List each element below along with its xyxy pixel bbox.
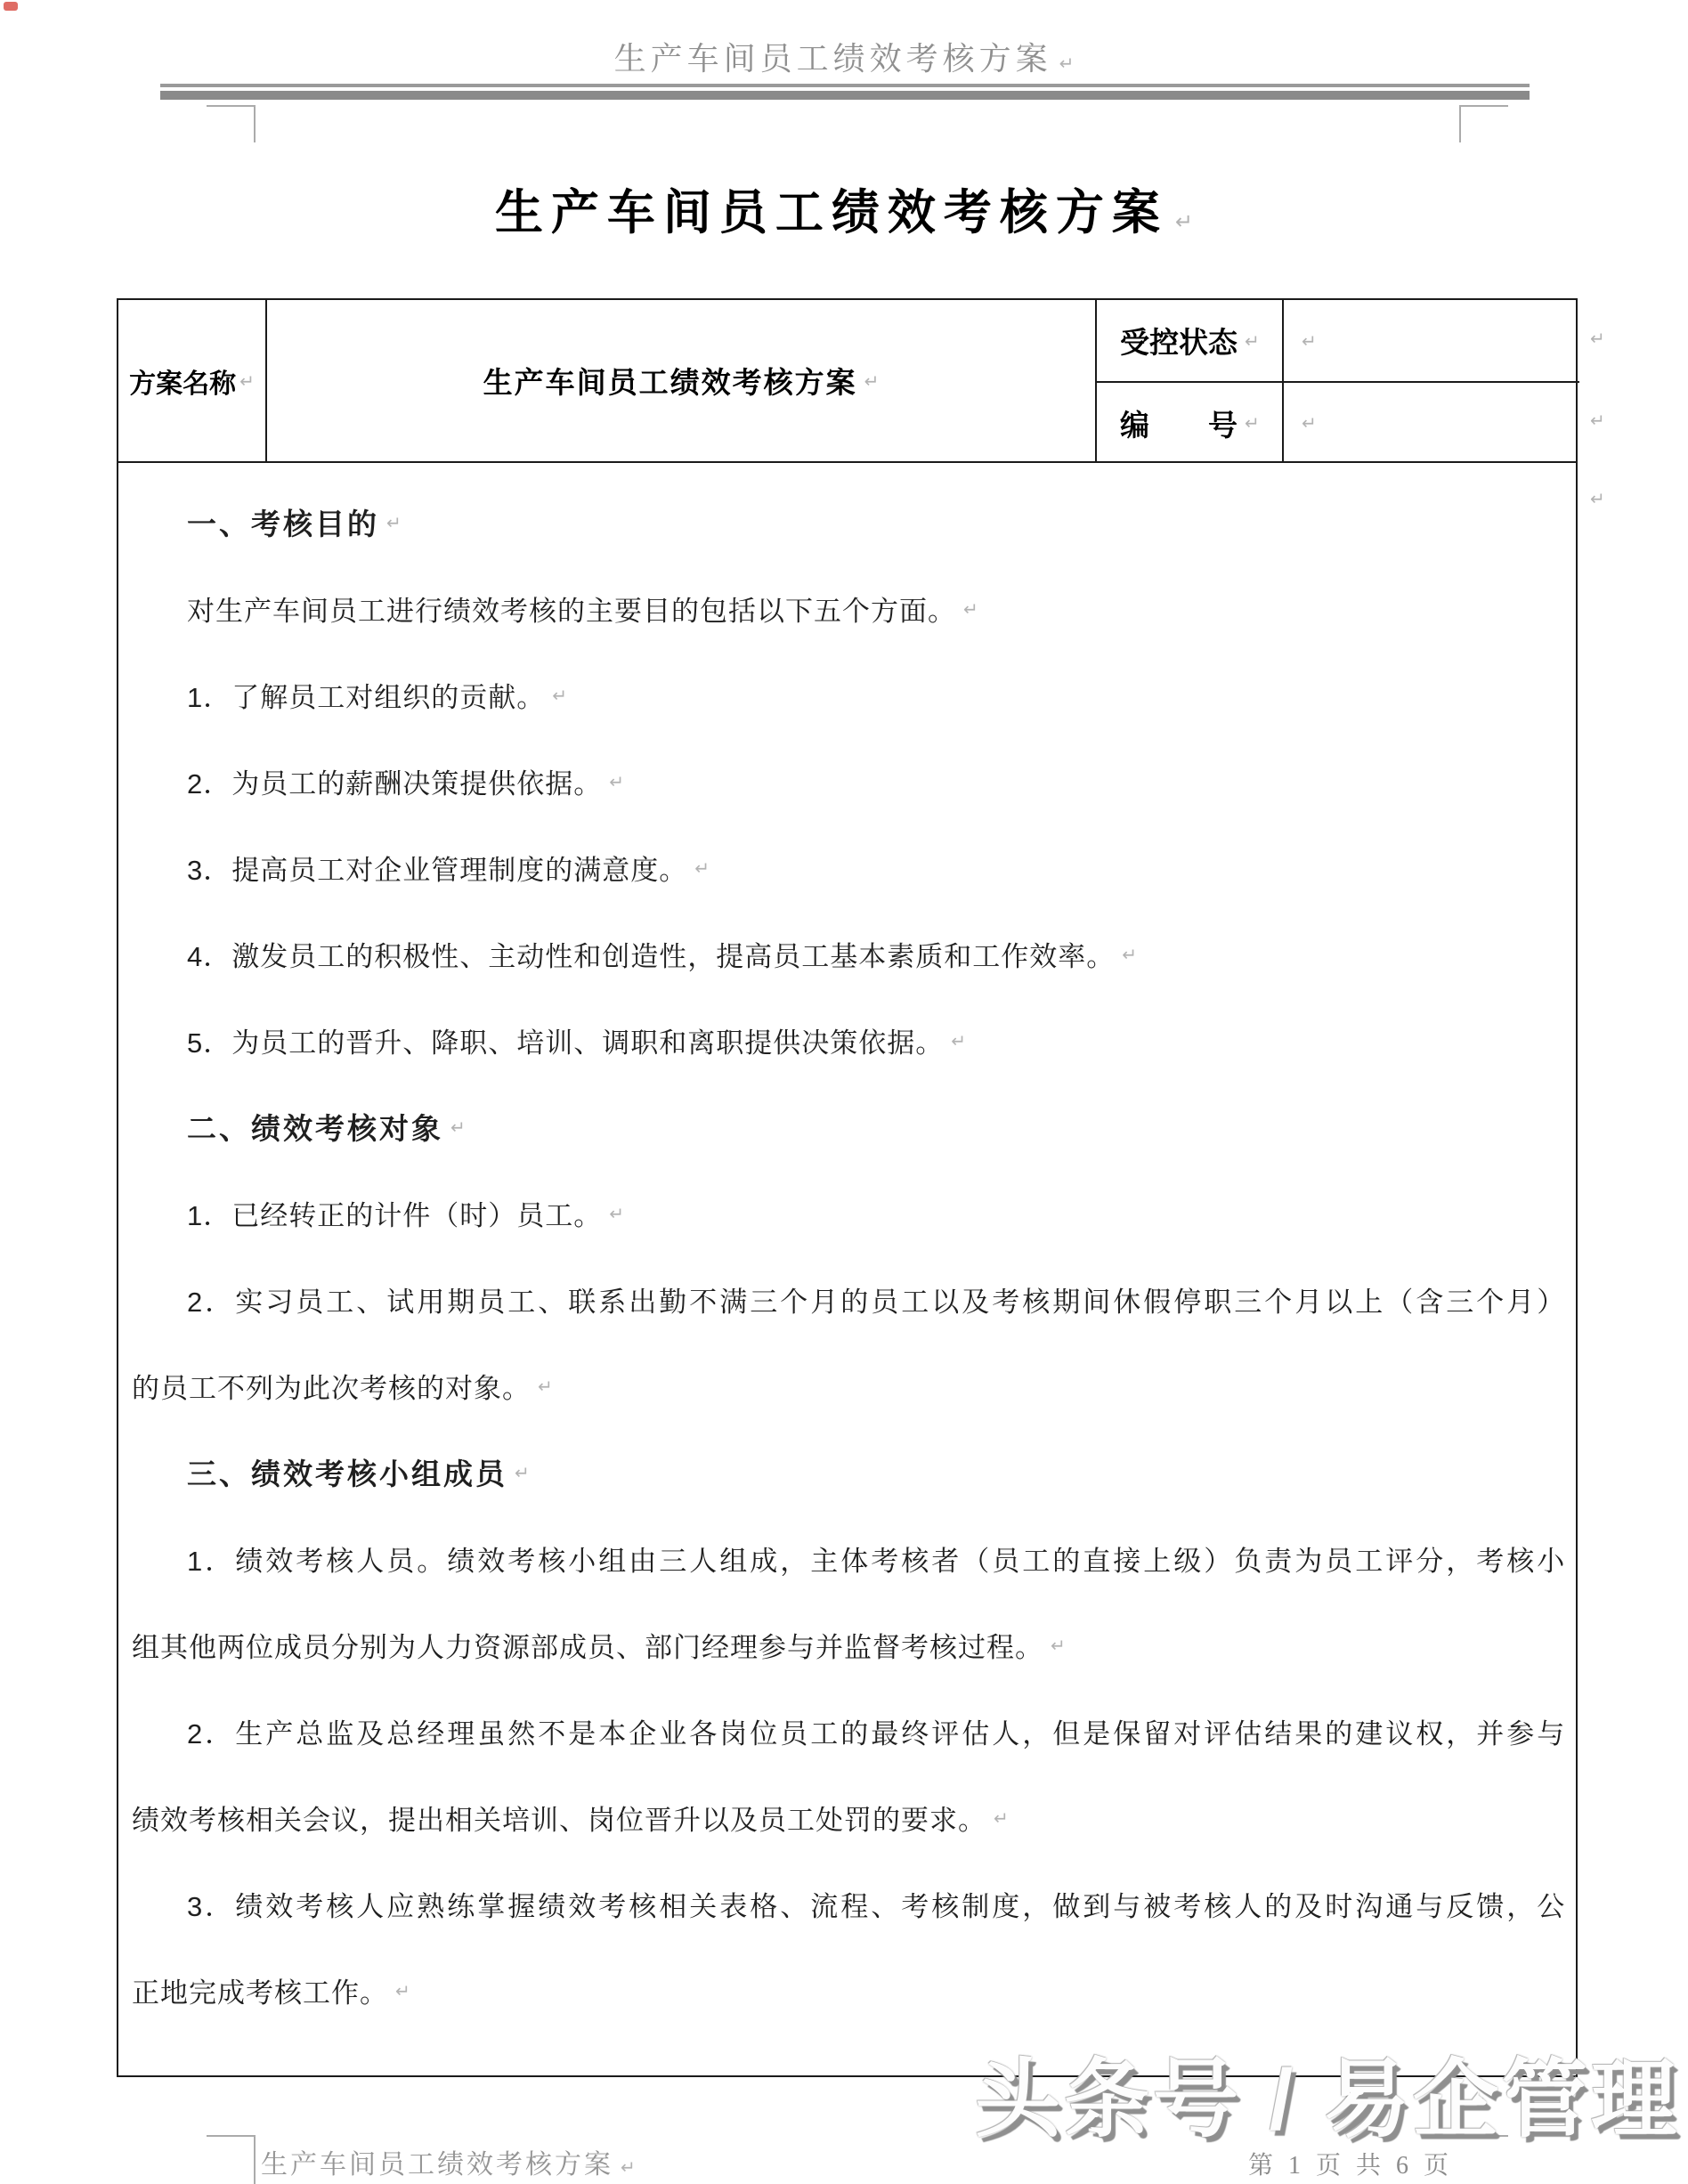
pilcrow-mark: ↵: [1245, 412, 1260, 434]
body-line: 组其他两位成员分别为人力资源部成员、部门经理参与并监督考核过程。↵: [118, 1602, 1576, 1688]
body-line: 2．生产总监及总经理虽然不是本企业各岗位员工的最终评估人，但是保留对评估结果的建…: [118, 1688, 1576, 1774]
section-heading: 三、绩效考核小组成员: [187, 1451, 507, 1493]
body-line: 正地完成考核工作。↵: [118, 1947, 1576, 2034]
crop-mark-bottom-left-h: [207, 2135, 256, 2137]
controlled-status-label: 受控状态: [1120, 320, 1238, 361]
body-line: 的员工不列为此次考核的对象。↵: [118, 1343, 1576, 1429]
pilcrow-mark: ↵: [1590, 410, 1605, 431]
header-rule-thin: [160, 84, 1530, 87]
plan-name-value: 生产车间员工绩效考核方案: [483, 360, 857, 402]
number-value-cell: ↵: [1284, 383, 1578, 463]
body-text: 2．实习员工、试用期员工、联系出勤不满三个月的员工以及考核期间休假停职三个月以上…: [187, 1279, 1567, 1319]
pilcrow-mark: ↵: [1590, 488, 1605, 509]
body-line: 二、绩效考核对象↵: [118, 1084, 1576, 1170]
pilcrow-mark: ↵: [538, 1376, 553, 1397]
pilcrow-mark: ↵: [1051, 1635, 1066, 1656]
controlled-status-value-cell: ↵: [1284, 300, 1578, 381]
pilcrow-mark: ↵: [609, 1203, 624, 1224]
watermark-text: 头条号 / 易企管理: [975, 2032, 1680, 2154]
body-text: 正地完成考核工作。: [132, 1970, 388, 2010]
body-text: 绩效考核相关会议，提出相关培训、岗位晋升以及员工处罚的要求。: [132, 1798, 986, 1838]
body-text: 2．生产总监及总经理虽然不是本企业各岗位员工的最终评估人，但是保留对评估结果的建…: [187, 1711, 1567, 1751]
pilcrow-mark: ↵: [386, 512, 402, 533]
body-line: 1．已经转正的计件（时）员工。↵: [118, 1170, 1576, 1256]
plan-name-label-cell: 方案名称↵: [118, 300, 265, 461]
pilcrow-mark: ↵: [951, 1030, 966, 1051]
pilcrow-mark: ↵: [552, 685, 567, 706]
controlled-status-label-cell: 受控状态↵: [1097, 300, 1282, 381]
number-label: 编 号: [1120, 402, 1238, 444]
document-body: 一、考核目的↵ 对生产车间员工进行绩效考核的主要目的包括以下五个方面。↵ 1．了…: [117, 463, 1578, 2077]
pilcrow-mark: ↵: [395, 1980, 410, 2001]
body-text: 2．为员工的薪酬决策提供依据。: [187, 761, 602, 801]
body-line: 5．为员工的晋升、降职、培训、调职和离职提供决策依据。↵: [118, 997, 1576, 1084]
screen-artifact-dot: [4, 2, 18, 11]
body-line: 1．了解员工对组织的贡献。↵: [118, 652, 1576, 738]
body-text: 5．为员工的晋升、降职、培训、调职和离职提供决策依据。: [187, 1020, 944, 1060]
pilcrow-mark: ↵: [1175, 209, 1193, 234]
body-line: 3．提高员工对企业管理制度的满意度。↵: [118, 824, 1576, 911]
body-text: 1．已经转正的计件（时）员工。: [187, 1193, 602, 1233]
crop-mark-top-left-v: [254, 105, 256, 142]
body-line: 2．实习员工、试用期员工、联系出勤不满三个月的员工以及考核期间休假停职三个月以上…: [118, 1256, 1576, 1343]
pilcrow-mark: ↵: [1302, 330, 1317, 352]
body-text: 的员工不列为此次考核的对象。: [132, 1366, 531, 1406]
pilcrow-mark: ↵: [864, 370, 880, 392]
number-label-cell: 编 号↵: [1097, 383, 1282, 463]
body-line: 1．绩效考核人员。绩效考核小组由三人组成，主体考核者（员工的直接上级）负责为员工…: [118, 1515, 1576, 1602]
pilcrow-mark: ↵: [239, 370, 255, 392]
pilcrow-mark: ↵: [621, 2156, 636, 2178]
footer-doc-title-text: 生产车间员工绩效考核方案: [261, 2150, 613, 2180]
header-running-title-text: 生产车间员工绩效考核方案: [614, 41, 1052, 77]
header-rule-thick: [160, 91, 1530, 100]
pilcrow-mark: ↵: [1059, 53, 1075, 74]
body-line: 一、考核目的↵: [118, 479, 1576, 565]
page-title-text: 生产车间员工绩效考核方案: [495, 186, 1168, 240]
body-line: 对生产车间员工进行绩效考核的主要目的包括以下五个方面。↵: [118, 565, 1576, 652]
body-text: 1．了解员工对组织的贡献。: [187, 675, 545, 715]
crop-mark-top-right-h: [1459, 105, 1508, 107]
pilcrow-mark: ↵: [694, 857, 710, 879]
body-text: 3．提高员工对企业管理制度的满意度。: [187, 848, 687, 888]
crop-mark-bottom-left-v: [254, 2135, 256, 2184]
body-text: 对生产车间员工进行绩效考核的主要目的包括以下五个方面。: [187, 589, 956, 629]
body-text: 1．绩效考核人员。绩效考核小组由三人组成，主体考核者（员工的直接上级）负责为员工…: [187, 1539, 1567, 1579]
body-text: 3．绩效考核人应熟练掌握绩效考核相关表格、流程、考核制度，做到与被考核人的及时沟…: [187, 1884, 1567, 1924]
pilcrow-mark: ↵: [1245, 330, 1260, 352]
plan-name-value-cell: 生产车间员工绩效考核方案↵: [267, 300, 1095, 461]
pilcrow-mark: ↵: [994, 1807, 1009, 1829]
crop-mark-top-right-v: [1459, 105, 1461, 142]
pilcrow-mark: ↵: [1302, 412, 1317, 434]
pilcrow-mark: ↵: [963, 598, 978, 620]
pilcrow-mark: ↵: [1590, 328, 1605, 349]
body-line: 绩效考核相关会议，提出相关培训、岗位晋升以及员工处罚的要求。↵: [118, 1774, 1576, 1861]
crop-mark-top-left-h: [207, 105, 256, 107]
info-table: 方案名称↵ 生产车间员工绩效考核方案↵ 受控状态↵ ↵ 编 号↵ ↵: [117, 298, 1578, 463]
plan-name-label: 方案名称: [129, 361, 236, 401]
body-line: 3．绩效考核人应熟练掌握绩效考核相关表格、流程、考核制度，做到与被考核人的及时沟…: [118, 1861, 1576, 1947]
body-text: 4．激发员工的积极性、主动性和创造性，提高员工基本素质和工作效率。: [187, 934, 1115, 974]
body-text: 组其他两位成员分别为人力资源部成员、部门经理参与并监督考核过程。: [132, 1625, 1043, 1665]
pilcrow-mark: ↵: [450, 1116, 466, 1138]
body-line: 2．为员工的薪酬决策提供依据。↵: [118, 738, 1576, 824]
section-heading: 二、绩效考核对象: [187, 1106, 443, 1148]
section-heading: 一、考核目的: [187, 501, 379, 543]
footer-doc-title: 生产车间员工绩效考核方案↵: [261, 2142, 636, 2181]
body-line: 三、绩效考核小组成员↵: [118, 1429, 1576, 1515]
document-page: 生产车间员工绩效考核方案↵ 生产车间员工绩效考核方案↵ 方案名称↵ 生产车间员工…: [0, 0, 1688, 2184]
page-title: 生产车间员工绩效考核方案↵: [0, 175, 1688, 243]
header-running-title: 生产车间员工绩效考核方案↵: [0, 34, 1688, 79]
body-line: 4．激发员工的积极性、主动性和创造性，提高员工基本素质和工作效率。↵: [118, 911, 1576, 997]
pilcrow-mark: ↵: [515, 1462, 530, 1483]
pilcrow-mark: ↵: [609, 771, 624, 792]
pilcrow-mark: ↵: [1122, 944, 1137, 965]
